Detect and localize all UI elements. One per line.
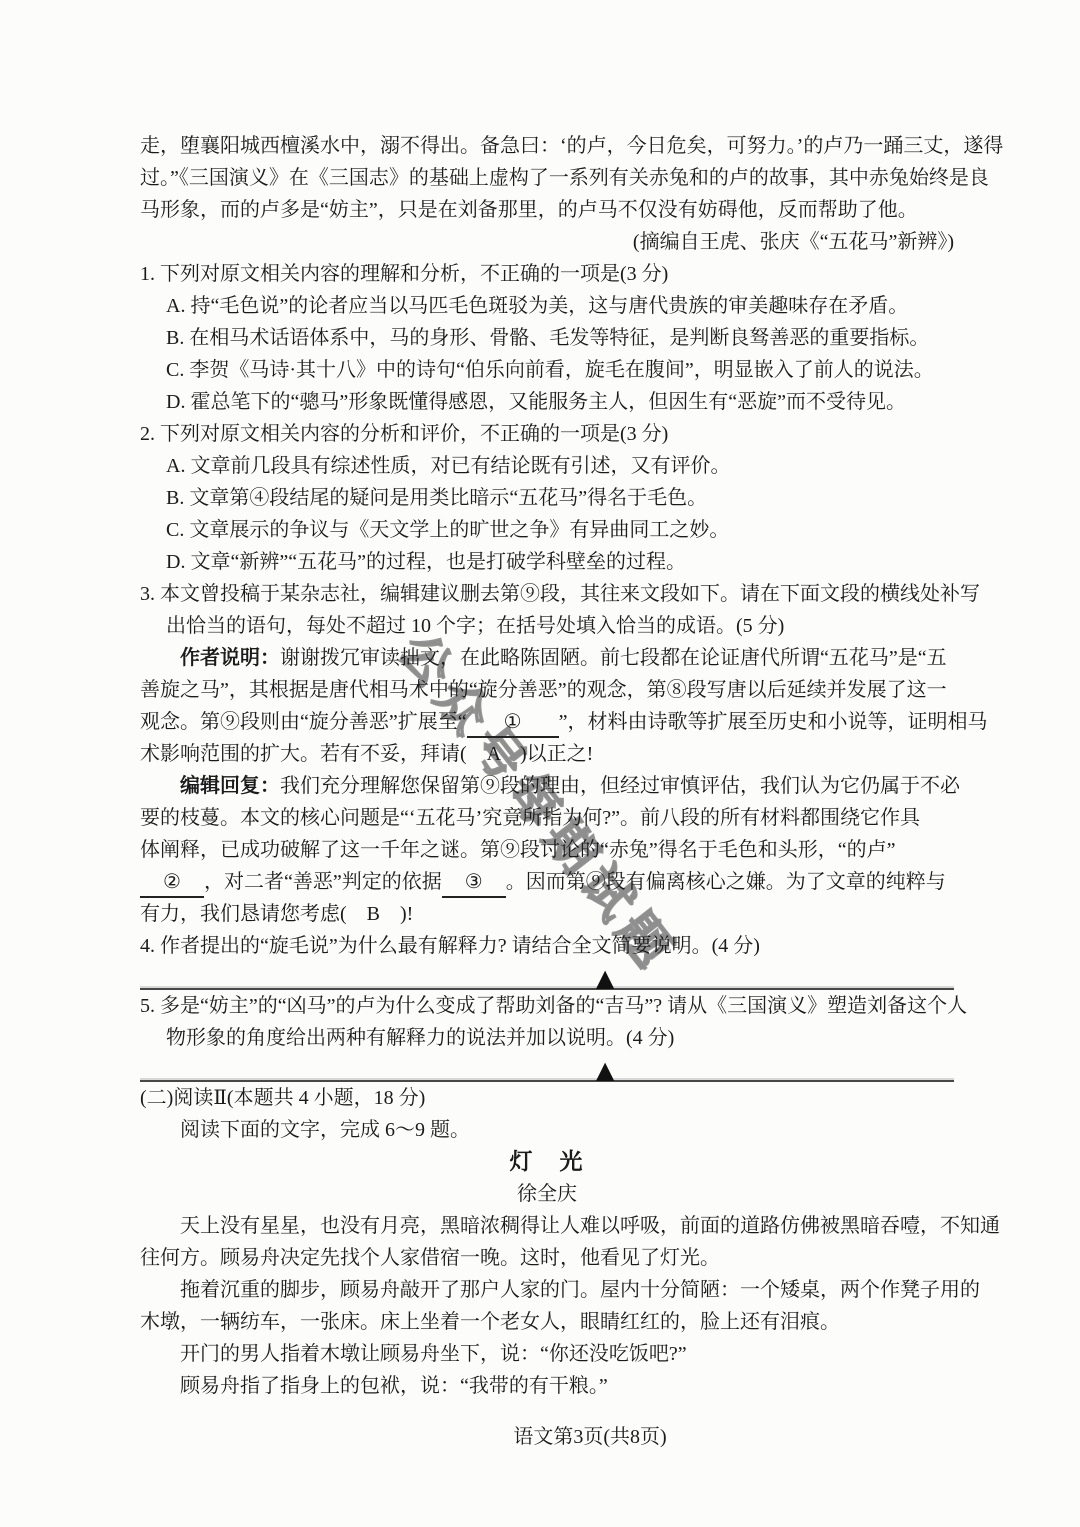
intro-line-1: 走，堕襄阳城西檀溪水中，溺不得出。备急曰：‘的卢，今日危矣，可努力。’的卢乃一踊… — [140, 130, 954, 162]
editor-reply-text: 。因而第⑨段有偏离核心之嫌。为了文章的纯粹与 — [506, 871, 946, 893]
editor-reply-text: 我们充分理解您保留第⑨段的理由，但经过审慎评估，我们认为它仍属于不必 — [280, 775, 960, 797]
passage-author: 徐全庆 — [140, 1178, 954, 1210]
question-1-option-d: D. 霍总笔下的“骢马”形象既懂得感恩，又能服务主人，但因生有“恶旋”而不受待见… — [140, 386, 954, 418]
fill-blank-3: ③ — [442, 868, 506, 898]
question-1-stem: 1. 下列对原文相关内容的理解和分析，不正确的一项是(3 分) — [140, 258, 954, 290]
exam-page: 公众号每期试题 走，堕襄阳城西檀溪水中，溺不得出。备急曰：‘的卢，今日危矣，可努… — [0, 0, 1080, 1527]
question-4-stem: 4. 作者提出的“旋毛说”为什么最有解释力? 请结合全文简要说明。(4 分) — [140, 930, 954, 962]
answer-rule-2: ▲ — [140, 1054, 954, 1082]
question-2-option-c: C. 文章展示的争议与《天文学上的旷世之争》有异曲同工之妙。 — [140, 514, 954, 546]
author-note-label: 作者说明： — [180, 647, 280, 669]
passage-p2-line-2: 木墩，一辆纺车，一张床。床上坐着一个老女人，眼睛红红的，脸上还有泪痕。 — [140, 1306, 954, 1338]
author-note-line-3: 观念。第⑨段则由“旋分善恶”扩展至“①”，材料由诗歌等扩展至历史和小说等，证明相… — [140, 706, 954, 738]
passage-p2-line-1: 拖着沉重的脚步，顾易舟敲开了那户人家的门。屋内十分简陋：一个矮桌，两个作凳子用的 — [140, 1274, 954, 1306]
editor-reply-text: ，对二者“善恶”判定的依据 — [204, 871, 442, 893]
editor-reply-line-4: ②，对二者“善恶”判定的依据③。因而第⑨段有偏离核心之嫌。为了文章的纯粹与 — [140, 866, 954, 898]
author-note-text: ”，材料由诗歌等扩展至历史和小说等，证明相马 — [559, 711, 988, 733]
author-note-text: 观念。第⑨段则由“旋分善恶”扩展至“ — [140, 711, 467, 733]
question-1-option-c: C. 李贺《马诗·其十八》中的诗句“伯乐向前看，旋毛在腹间”，明显嵌入了前人的说… — [140, 354, 954, 386]
author-note-line-1: 作者说明：谢谢拨冗审读拙文，在此略陈固陋。前七段都在论证唐代所谓“五花马”是“五 — [140, 642, 954, 674]
author-note-line-4: 术影响范围的扩大。若有不妥，拜请( A )以正之! — [140, 738, 954, 770]
page-footer: 语文第3页(共8页) — [0, 1420, 1080, 1449]
passage-p1-line-1: 天上没有星星，也没有月亮，黑暗浓稠得让人难以呼吸，前面的道路仿佛被黑暗吞噎，不知… — [140, 1210, 954, 1242]
editor-reply-line-1: 编辑回复：我们充分理解您保留第⑨段的理由，但经过审慎评估，我们认为它仍属于不必 — [140, 770, 954, 802]
source-attribution: (摘编自王虎、张庆《“五花马”新辨》) — [140, 226, 954, 258]
question-2-stem: 2. 下列对原文相关内容的分析和评价，不正确的一项是(3 分) — [140, 418, 954, 450]
fill-blank-2: ② — [140, 868, 204, 898]
fill-blank-1: ① — [467, 708, 559, 738]
passage-p1-line-2: 往何方。顾易舟决定先找个人家借宿一晚。这时，他看见了灯光。 — [140, 1242, 954, 1274]
question-3-stem-line-1: 3. 本文曾投稿于某杂志社，编辑建议删去第⑨段，其往来文段如下。请在下面文段的横… — [140, 578, 954, 610]
question-1-option-b: B. 在相马术话语体系中，马的身形、骨骼、毛发等特征，是判断良驽善恶的重要指标。 — [140, 322, 954, 354]
question-1-option-a: A. 持“毛色说”的论者应当以马匹毛色斑驳为美，这与唐代贵族的审美趣味存在矛盾。 — [140, 290, 954, 322]
section-2-instruction: 阅读下面的文字，完成 6～9 题。 — [140, 1114, 954, 1146]
triangle-marker-icon: ▲ — [596, 1058, 614, 1082]
passage-p3: 开门的男人指着木墩让顾易舟坐下，说：“你还没吃饭吧?” — [140, 1338, 954, 1370]
author-note-line-2: 善旋之马”，其根据是唐代相马术中的“旋分善恶”的观念，第⑧段写唐以后延续并发展了… — [140, 674, 954, 706]
passage-p4: 顾易舟指了指身上的包袱，说：“我带的有干粮。” — [140, 1370, 954, 1402]
question-5-stem-line-1: 5. 多是“妨主”的“凶马”的卢为什么变成了帮助刘备的“吉马”? 请从《三国演义… — [140, 990, 954, 1022]
answer-rule-1: ▲ — [140, 962, 954, 990]
editor-reply-line-5: 有力，我们恳请您考虑( B )! — [140, 898, 954, 930]
passage-title: 灯 光 — [140, 1146, 954, 1178]
editor-reply-line-3: 体阐释，已成功破解了这一千年之谜。第⑨段讨论的“赤兔”得名于毛色和头形，“的卢” — [140, 834, 954, 866]
editor-reply-label: 编辑回复： — [180, 775, 280, 797]
question-3-stem-line-2: 出恰当的语句，每处不超过 10 个字；在括号处填入恰当的成语。(5 分) — [140, 610, 954, 642]
question-2-option-d: D. 文章“新辨”“五花马”的过程，也是打破学科壁垒的过程。 — [140, 546, 954, 578]
question-5-stem-line-2: 物形象的角度给出两种有解释力的说法并加以说明。(4 分) — [140, 1022, 954, 1054]
editor-reply-line-2: 要的枝蔓。本文的核心问题是“‘五花马’究竟所指为何?”。前八段的所有材料都围绕它… — [140, 802, 954, 834]
section-2-heading: (二)阅读Ⅱ(本题共 4 小题，18 分) — [140, 1082, 954, 1114]
author-note-text: 谢谢拨冗审读拙文，在此略陈固陋。前七段都在论证唐代所谓“五花马”是“五 — [280, 647, 947, 669]
question-2-option-b: B. 文章第④段结尾的疑问是用类比暗示“五花马”得名于毛色。 — [140, 482, 954, 514]
triangle-marker-icon: ▲ — [596, 966, 614, 990]
intro-line-3: 马形象，而的卢多是“妨主”，只是在刘备那里，的卢马不仅没有妨碍他，反而帮助了他。 — [140, 194, 954, 226]
question-2-option-a: A. 文章前几段具有综述性质，对已有结论既有引述，又有评价。 — [140, 450, 954, 482]
intro-line-2: 过。”《三国演义》在《三国志》的基础上虚构了一系列有关赤兔和的卢的故事，其中赤兔… — [140, 162, 954, 194]
page-content: 走，堕襄阳城西檀溪水中，溺不得出。备急曰：‘的卢，今日危矣，可努力。’的卢乃一踊… — [140, 130, 954, 1402]
